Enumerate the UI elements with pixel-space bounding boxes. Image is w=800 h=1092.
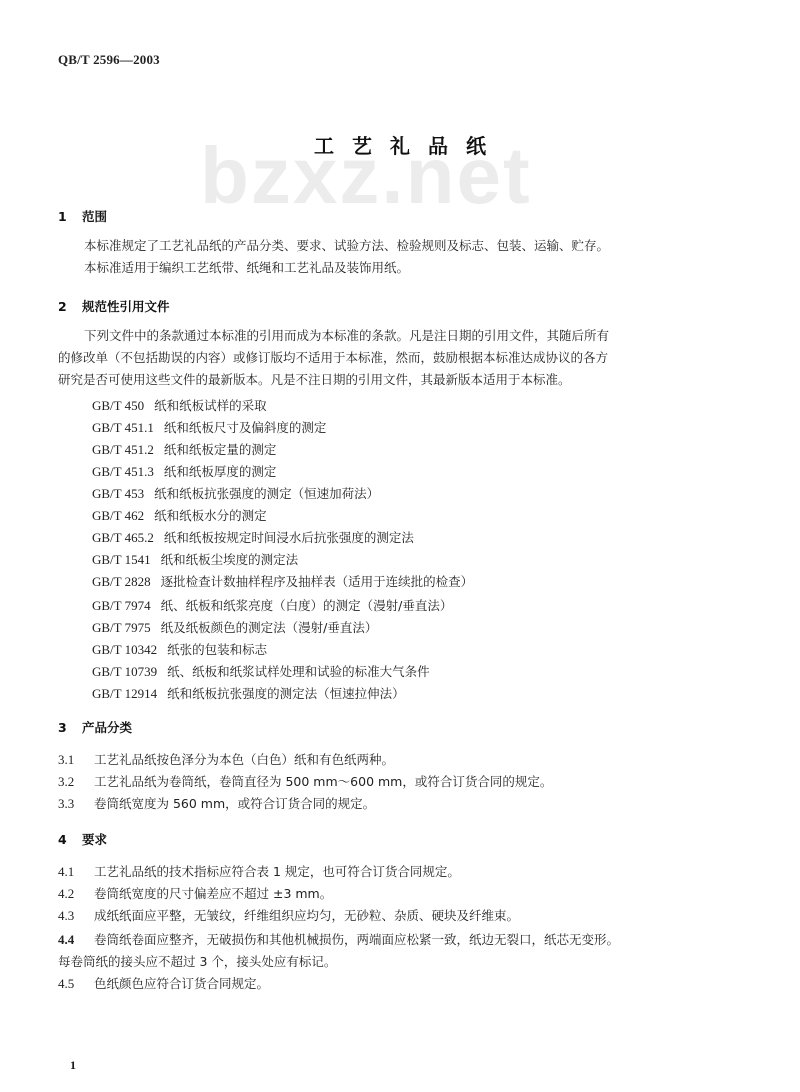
references-intro-line-1: 下列文件中的条款通过本标准的引用而成为本标准的条款。凡是注日期的引用文件，其随后… xyxy=(84,326,609,346)
clause-4-5: 4.5色纸颜色应符合订货合同规定。 xyxy=(58,974,269,992)
clause-4-4-continuation: 每卷筒纸的接头应不超过 3 个，接头处应有标记。 xyxy=(58,952,336,970)
reference-item: GB/T 10342纸张的包装和标志 xyxy=(92,640,267,658)
reference-item: GB/T 7975纸及纸板颜色的测定法（漫射/垂直法） xyxy=(92,618,377,636)
reference-code: GB/T 450 xyxy=(92,398,144,414)
reference-code: GB/T 465.2 xyxy=(92,530,154,546)
standard-code: QB/T 2596—2003 xyxy=(58,52,160,68)
clause-number: 4.5 xyxy=(58,976,94,992)
reference-code: GB/T 462 xyxy=(92,508,144,524)
reference-title: 纸张的包装和标志 xyxy=(167,642,267,657)
clause-number: 3.3 xyxy=(58,796,94,812)
reference-title: 纸和纸板定量的测定 xyxy=(164,442,277,457)
reference-item: GB/T 462纸和纸板水分的测定 xyxy=(92,506,267,524)
references-intro-line-3: 研究是否可使用这些文件的最新版本。凡是不注日期的引用文件，其最新版本适用于本标准… xyxy=(58,370,571,390)
reference-code: GB/T 451.1 xyxy=(92,420,154,436)
reference-title: 纸及纸板颜色的测定法（漫射/垂直法） xyxy=(161,620,378,635)
reference-code: GB/T 10739 xyxy=(92,664,157,680)
section-title: 规范性引用文件 xyxy=(82,299,170,314)
section-title: 产品分类 xyxy=(82,720,132,735)
reference-title: 纸和纸板抗张强度的测定（恒速加荷法） xyxy=(154,486,379,501)
section-title: 范围 xyxy=(82,209,107,224)
section-number: 3 xyxy=(58,720,82,735)
reference-item: GB/T 450纸和纸板试样的采取 xyxy=(92,396,267,414)
document-title: 工艺礼品纸 xyxy=(0,130,800,159)
reference-title: 逐批检查计数抽样程序及抽样表（适用于连续批的检查） xyxy=(161,574,474,589)
section-3-heading: 3产品分类 xyxy=(58,718,132,736)
reference-code: GB/T 12914 xyxy=(92,686,157,702)
reference-title: 纸、纸板和纸浆试样处理和试验的标准大气条件 xyxy=(167,664,430,679)
reference-code: GB/T 10342 xyxy=(92,642,157,658)
clause-number: 4.4 xyxy=(58,932,94,948)
clause-3-2: 3.2工艺礼品纸为卷筒纸，卷筒直径为 500 mm～600 mm，或符合订货合同… xyxy=(58,772,552,790)
reference-code: GB/T 7974 xyxy=(92,598,151,614)
clause-4-1: 4.1工艺礼品纸的技术指标应符合表 1 规定，也可符合订货合同规定。 xyxy=(58,862,460,880)
reference-title: 纸和纸板尺寸及偏斜度的测定 xyxy=(164,420,327,435)
section-4-heading: 4要求 xyxy=(58,830,107,848)
clause-text: 卷筒纸宽度为 560 mm，或符合订货合同的规定。 xyxy=(94,796,375,811)
reference-code: GB/T 451.2 xyxy=(92,442,154,458)
clause-number: 4.2 xyxy=(58,886,94,902)
reference-code: GB/T 451.3 xyxy=(92,464,154,480)
reference-title: 纸和纸板水分的测定 xyxy=(154,508,267,523)
references-intro-line-2: 的修改单（不包括勘误的内容）或修订版均不适用于本标准，然而，鼓励根据本标准达成协… xyxy=(58,348,608,368)
reference-item: GB/T 10739纸、纸板和纸浆试样处理和试验的标准大气条件 xyxy=(92,662,430,680)
reference-code: GB/T 2828 xyxy=(92,574,151,590)
section-number: 1 xyxy=(58,209,82,224)
clause-text: 工艺礼品纸为卷筒纸，卷筒直径为 500 mm～600 mm，或符合订货合同的规定… xyxy=(94,774,552,789)
clause-text: 卷筒纸宽度的尺寸偏差应不超过 ±3 mm。 xyxy=(94,886,332,901)
reference-item: GB/T 465.2纸和纸板按规定时间浸水后抗张强度的测定法 xyxy=(92,528,414,546)
clause-text: 卷筒纸卷面应整齐，无破损伤和其他机械损伤，两端面应松紧一致，纸边无裂口，纸芯无变… xyxy=(94,932,619,947)
reference-title: 纸和纸板试样的采取 xyxy=(154,398,267,413)
section-2-heading: 2规范性引用文件 xyxy=(58,297,170,315)
reference-item: GB/T 1541纸和纸板尘埃度的测定法 xyxy=(92,550,298,568)
reference-item: GB/T 453纸和纸板抗张强度的测定（恒速加荷法） xyxy=(92,484,379,502)
clause-number: 3.1 xyxy=(58,752,94,768)
reference-item: GB/T 7974纸、纸板和纸浆亮度（白度）的测定（漫射/垂直法） xyxy=(92,596,452,614)
reference-title: 纸和纸板抗张强度的测定法（恒速拉伸法） xyxy=(167,686,405,701)
clause-text: 工艺礼品纸的技术指标应符合表 1 规定，也可符合订货合同规定。 xyxy=(94,864,460,879)
scope-paragraph-1: 本标准规定了工艺礼品纸的产品分类、要求、试验方法、检验规则及标志、包装、运输、贮… xyxy=(84,236,609,256)
clause-3-1: 3.1工艺礼品纸按色泽分为本色（白色）纸和有色纸两种。 xyxy=(58,750,394,768)
scope-paragraph-2: 本标准适用于编织工艺纸带、纸绳和工艺礼品及装饰用纸。 xyxy=(84,258,409,278)
section-number: 4 xyxy=(58,832,82,847)
clause-number: 4.3 xyxy=(58,908,94,924)
page-number: 1 xyxy=(70,1058,76,1073)
reference-item: GB/T 451.1纸和纸板尺寸及偏斜度的测定 xyxy=(92,418,326,436)
clause-3-3: 3.3卷筒纸宽度为 560 mm，或符合订货合同的规定。 xyxy=(58,794,375,812)
section-title: 要求 xyxy=(82,832,107,847)
clause-number: 3.2 xyxy=(58,774,94,790)
clause-text: 色纸颜色应符合订货合同规定。 xyxy=(94,976,269,991)
clause-text: 成纸纸面应平整，无皱纹，纤维组织应均匀，无砂粒、杂质、硬块及纤维束。 xyxy=(94,908,519,923)
reference-code: GB/T 453 xyxy=(92,486,144,502)
section-number: 2 xyxy=(58,299,82,314)
reference-code: GB/T 7975 xyxy=(92,620,151,636)
reference-item: GB/T 12914纸和纸板抗张强度的测定法（恒速拉伸法） xyxy=(92,684,405,702)
reference-title: 纸和纸板厚度的测定 xyxy=(164,464,277,479)
reference-title: 纸、纸板和纸浆亮度（白度）的测定（漫射/垂直法） xyxy=(161,598,453,613)
clause-text: 工艺礼品纸按色泽分为本色（白色）纸和有色纸两种。 xyxy=(94,752,394,767)
reference-item: GB/T 451.3纸和纸板厚度的测定 xyxy=(92,462,276,480)
clause-4-4: 4.4卷筒纸卷面应整齐，无破损伤和其他机械损伤，两端面应松紧一致，纸边无裂口，纸… xyxy=(58,930,619,948)
clause-4-3: 4.3成纸纸面应平整，无皱纹，纤维组织应均匀，无砂粒、杂质、硬块及纤维束。 xyxy=(58,906,519,924)
reference-code: GB/T 1541 xyxy=(92,552,151,568)
reference-item: GB/T 2828逐批检查计数抽样程序及抽样表（适用于连续批的检查） xyxy=(92,572,473,590)
section-1-heading: 1范围 xyxy=(58,207,107,225)
clause-4-2: 4.2卷筒纸宽度的尺寸偏差应不超过 ±3 mm。 xyxy=(58,884,332,902)
reference-title: 纸和纸板按规定时间浸水后抗张强度的测定法 xyxy=(164,530,414,545)
clause-number: 4.1 xyxy=(58,864,94,880)
reference-title: 纸和纸板尘埃度的测定法 xyxy=(161,552,299,567)
reference-item: GB/T 451.2纸和纸板定量的测定 xyxy=(92,440,276,458)
